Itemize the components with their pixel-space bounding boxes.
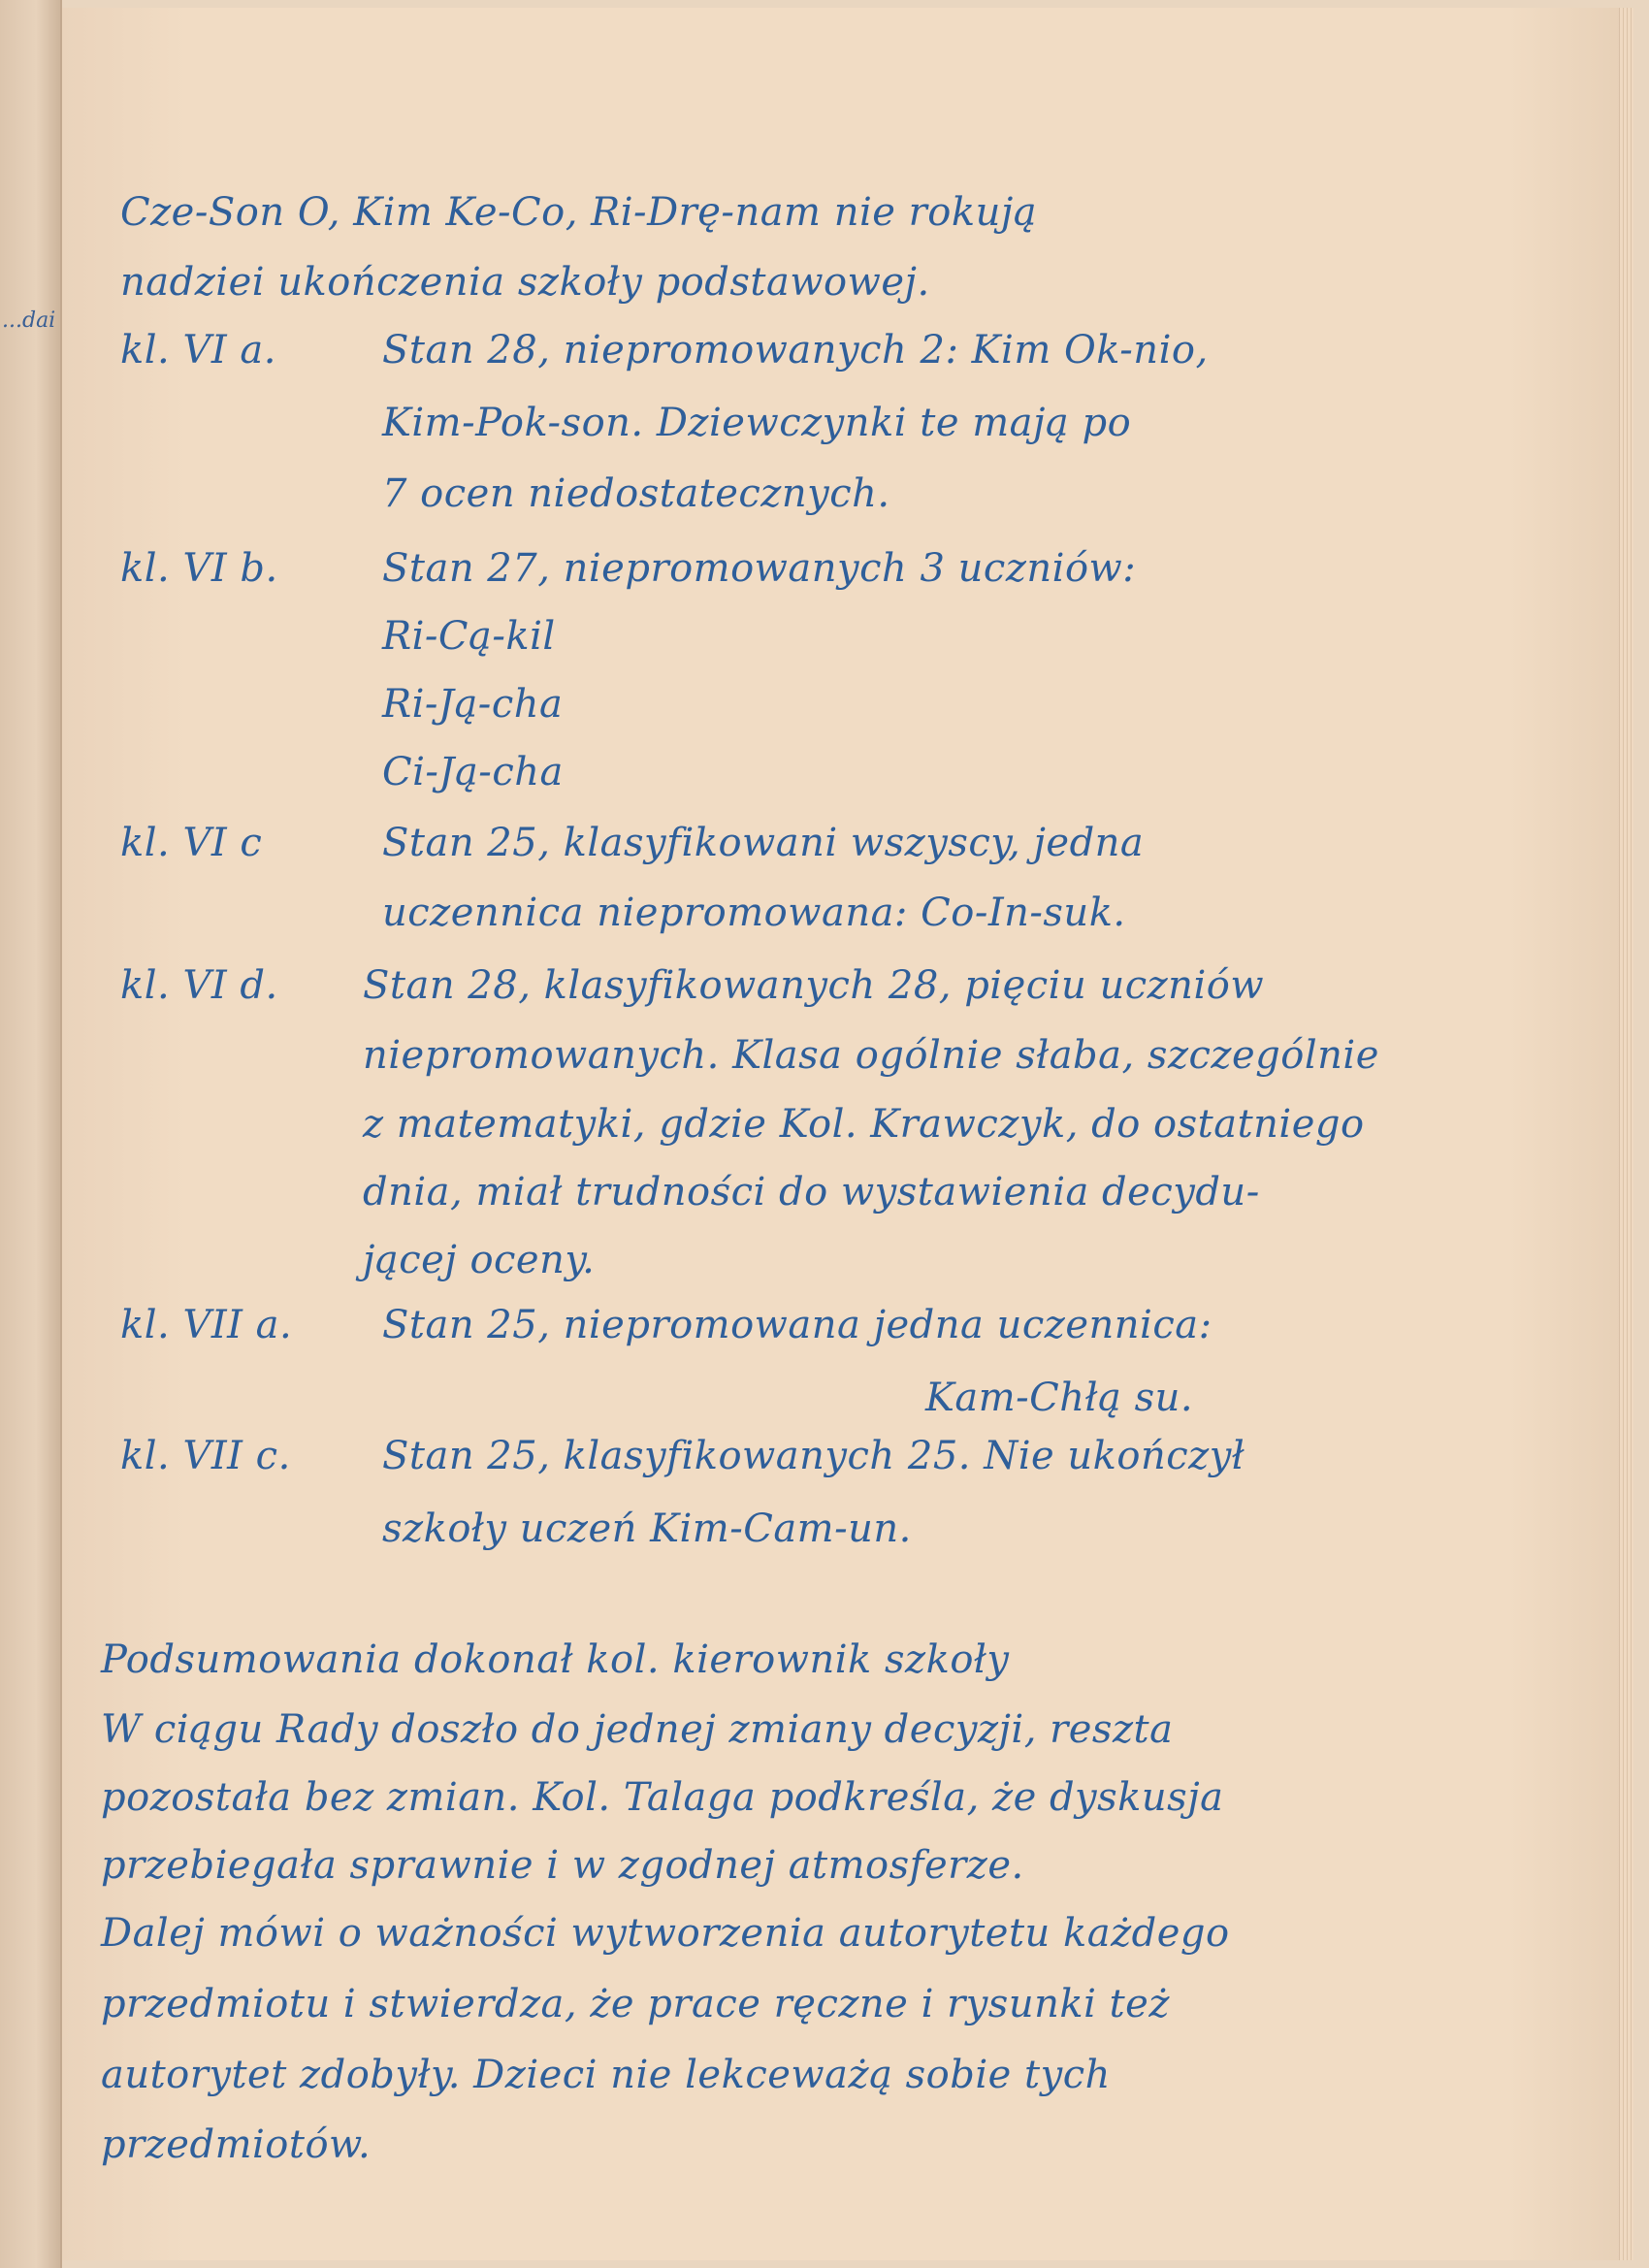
summary-line: W ciągu Rady doszło do jednej zmiany dec… <box>101 1707 1173 1752</box>
entry-line: Kim-Pok-son. Dziewczynki te mają po <box>382 401 1131 445</box>
summary-line: pozostała bez zmian. Kol. Talaga podkreś… <box>101 1775 1223 1820</box>
entry-line: jącej oceny. <box>363 1238 595 1282</box>
entry-line: Stan 25, klasyfikowani wszyscy, jedna <box>382 821 1144 865</box>
student-name: Ri-Cą-kil <box>382 614 556 659</box>
notebook-page: Cze-Son O, Kim Ke-Co, Ri-Drę-nam nie rok… <box>62 8 1633 2260</box>
entry-line: Stan 28, klasyfikowanych 28, pięciu uczn… <box>363 963 1264 1008</box>
margin-note: ...dai <box>2 308 55 333</box>
entry-line: z matematyki, gdzie Kol. Krawczyk, do os… <box>363 1102 1365 1147</box>
entry-line: niepromowanych. Klasa ogólnie słaba, szc… <box>363 1033 1379 1078</box>
entry-line: dnia, miał trudności do wystawienia decy… <box>363 1170 1260 1215</box>
entry-line: szkoły uczeń Kim-Cam-un. <box>382 1507 912 1551</box>
intro-line: Cze-Son O, Kim Ke-Co, Ri-Drę-nam nie rok… <box>120 190 1037 235</box>
class-label: kl. VI a. <box>120 328 276 373</box>
summary-line: Dalej mówi o ważności wytworzenia autory… <box>101 1911 1230 1956</box>
intro-line: nadziei ukończenia szkoły podstawowej. <box>120 260 930 305</box>
class-label: kl. VI c <box>120 821 262 865</box>
entry-line: 7 ocen niedostatecznych. <box>382 471 890 516</box>
entry-line: Stan 28, niepromowanych 2: Kim Ok-nio, <box>382 328 1209 373</box>
summary-line: przedmiotów. <box>101 2122 371 2167</box>
summary-line: autorytet zdobyły. Dzieci nie lekceważą … <box>101 2053 1111 2097</box>
class-label: kl. VI b. <box>120 546 278 591</box>
summary-line: Podsumowania dokonał kol. kierownik szko… <box>101 1637 1009 1682</box>
summary-line: przebiegała sprawnie i w zgodnej atmosfe… <box>101 1843 1024 1888</box>
book-spine-left-page: ...dai <box>0 0 62 2268</box>
entry-line: Stan 25, klasyfikowanych 25. Nie ukończy… <box>382 1434 1245 1478</box>
entry-line: Stan 27, niepromowanych 3 uczniów: <box>382 546 1136 591</box>
student-name: Kam-Chłą su. <box>925 1376 1193 1420</box>
class-label: kl. VI d. <box>120 963 278 1008</box>
class-label: kl. VII c. <box>120 1434 291 1478</box>
entry-line: uczennica niepromowana: Co-In-suk. <box>382 891 1126 935</box>
page-edge-stack <box>1619 8 1633 2260</box>
class-label: kl. VII a. <box>120 1303 292 1347</box>
entry-line: Stan 25, niepromowana jedna uczennica: <box>382 1303 1212 1347</box>
student-name: Ri-Ją-cha <box>382 682 563 727</box>
student-name: Ci-Ją-cha <box>382 750 564 794</box>
summary-line: przedmiotu i stwierdza, że prace ręczne … <box>101 1982 1170 2026</box>
